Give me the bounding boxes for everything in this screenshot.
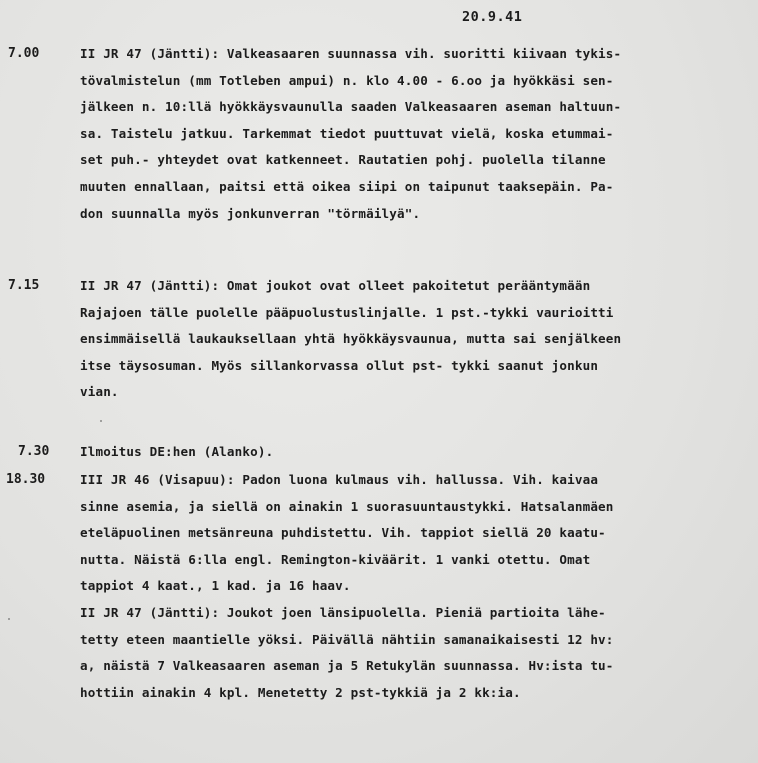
paper-speck [8, 618, 10, 620]
entry-text-line: hottiin ainakin 4 kpl. Menetetty 2 pst-t… [80, 685, 521, 701]
paper-speck [100, 420, 102, 422]
entry-text-line: nutta. Näistä 6:lla engl. Remington-kivä… [80, 552, 590, 568]
entry-text-line: don suunnalla myös jonkunverran "törmäil… [80, 206, 420, 222]
entry-text-line: vian. [80, 384, 119, 400]
entry-text-line: III JR 46 (Visapuu): Padon luona kulmaus… [80, 472, 598, 488]
entry-text-line: sinne asemia, ja siellä on ainakin 1 suo… [80, 499, 614, 515]
entry-text-line: tövalmistelun (mm Totleben ampui) n. klo… [80, 73, 614, 89]
entry-text-line: a, näistä 7 Valkeasaaren aseman ja 5 Ret… [80, 658, 614, 674]
entry-text-line: II JR 47 (Jäntti): Valkeasaaren suunnass… [80, 46, 621, 62]
entry-text-line: tappiot 4 kaat., 1 kad. ja 16 haav. [80, 578, 351, 594]
entry-text-line: II JR 47 (Jäntti): Omat joukot ovat olle… [80, 278, 590, 294]
entry-text-line: Ilmoitus DE:hen (Alanko). [80, 444, 273, 460]
entry-time: 18.30 [6, 472, 45, 488]
entry-time: 7.30 [18, 444, 49, 460]
entry-text-line: eteläpuolinen metsänreuna puhdistettu. V… [80, 525, 606, 541]
entry-text-line: Rajajoen tälle puolelle pääpuolustuslinj… [80, 305, 614, 321]
entry-text-line: tetty eteen maantielle yöksi. Päivällä n… [80, 632, 614, 648]
entry-text-line: set puh.- yhteydet ovat katkenneet. Raut… [80, 152, 606, 168]
typewritten-war-diary-page: 20.9.41 7.00II JR 47 (Jäntti): Valkeasaa… [0, 0, 758, 763]
entry-time: 7.15 [8, 278, 39, 294]
document-date: 20.9.41 [462, 9, 522, 25]
entry-text-line: muuten ennallaan, paitsi että oikea siip… [80, 179, 614, 195]
entry-time: 7.00 [8, 46, 39, 62]
entry-text-line: sa. Taistelu jatkuu. Tarkemmat tiedot pu… [80, 126, 614, 142]
entry-text-line: itse täysosuman. Myös sillankorvassa oll… [80, 358, 598, 374]
entry-text-line: II JR 47 (Jäntti): Joukot joen länsipuol… [80, 605, 606, 621]
entry-text-line: ensimmäisellä laukauksellaan yhtä hyökkä… [80, 331, 621, 347]
entry-text-line: jälkeen n. 10:llä hyökkäysvaunulla saade… [80, 99, 621, 115]
